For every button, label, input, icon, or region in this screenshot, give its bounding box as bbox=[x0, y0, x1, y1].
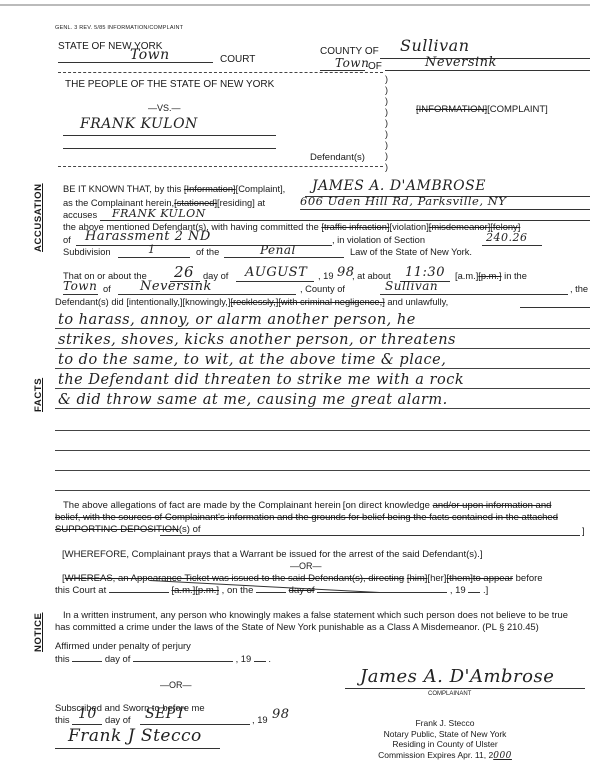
accuses-label: accuses bbox=[63, 210, 97, 220]
on-the-label: , on the bbox=[222, 585, 254, 596]
sworn-day-line bbox=[72, 724, 102, 725]
opt-misdemeanor[interactable]: misdemeanor bbox=[429, 222, 491, 232]
caption-bracket: ) bbox=[385, 140, 388, 150]
or-label: —OR— bbox=[160, 680, 192, 690]
expiry-prefix: Commission Expires Apr. 11, 2 bbox=[378, 750, 493, 760]
line1-prefix: BE IT KNOWN THAT, by this bbox=[63, 184, 181, 194]
of-label: of bbox=[103, 284, 111, 294]
municipality-handwritten: Town bbox=[63, 279, 97, 293]
narrative-line bbox=[55, 408, 590, 409]
town-name-handwritten: Neversink bbox=[425, 55, 497, 70]
day-of-label: day of bbox=[105, 653, 131, 664]
defendant-did-label: Defendant(s) did bbox=[55, 297, 124, 307]
sworn-month-line bbox=[140, 724, 250, 725]
subdivision-label: Subdivision bbox=[63, 247, 111, 257]
caption-bracket: ) bbox=[385, 85, 388, 95]
sworn-day-handwritten: 10 bbox=[78, 706, 97, 722]
notary-name: Frank J. Stecco bbox=[345, 718, 545, 729]
year-prefix: , 19 bbox=[450, 585, 466, 596]
appear-text: to appear bbox=[473, 573, 513, 584]
allegations-line-3: SUPPORTING DEPOSITION(s) of bbox=[55, 524, 201, 535]
subdivision-line bbox=[118, 257, 190, 258]
facts-line-3: Defendant(s) did intentionally,knowingly… bbox=[55, 297, 448, 307]
caption-bracket: ) bbox=[385, 107, 388, 117]
affirmed-label: Affirmed under penalty of perjury bbox=[55, 640, 191, 651]
accusation-section-label: ACCUSATION bbox=[33, 183, 44, 252]
opt-violation[interactable]: violation bbox=[389, 222, 428, 232]
law-handwritten: Penal bbox=[260, 243, 296, 257]
opt-residing[interactable]: residing bbox=[217, 198, 255, 208]
notice-line-1: In a written instrument, any person who … bbox=[63, 609, 568, 620]
the-label: , the bbox=[570, 284, 588, 294]
sworn-year-prefix: , 19 bbox=[252, 714, 268, 725]
accused-line bbox=[100, 220, 590, 221]
narrative-line bbox=[55, 328, 590, 329]
opt-them[interactable]: them bbox=[446, 573, 472, 584]
opt-knowingly[interactable]: knowingly, bbox=[183, 297, 231, 307]
narrative-text: the Defendant did threaten to strike me … bbox=[58, 372, 464, 388]
notary-residence: Residing in County of Ulster bbox=[345, 739, 545, 750]
in-the-label: in the bbox=[504, 271, 527, 281]
sworn-month-handwritten: SEPT bbox=[145, 706, 186, 722]
deposition-line bbox=[160, 535, 580, 536]
accused-handwritten: FRANK KULON bbox=[112, 207, 206, 220]
month-line bbox=[236, 281, 314, 282]
place-handwritten: Neversink bbox=[140, 279, 212, 294]
vs-label: —VS.— bbox=[148, 103, 181, 113]
opt-am[interactable]: a.m. bbox=[455, 271, 478, 281]
appear-suffix: before bbox=[516, 573, 543, 584]
people-label: THE PEOPLE OF THE STATE OF NEW YORK bbox=[65, 79, 274, 90]
allegations-line-2: belief, with the sources of Complainant'… bbox=[55, 512, 558, 523]
info-belief-option[interactable]: and/or upon information and bbox=[433, 500, 552, 511]
opt-pm[interactable]: p.m. bbox=[478, 271, 501, 281]
opt-pm-appear[interactable]: p.m. bbox=[195, 585, 219, 596]
opt-complaint[interactable]: Complaint bbox=[236, 184, 283, 194]
month-handwritten: AUGUST bbox=[245, 265, 307, 280]
opt-intentionally[interactable]: intentionally, bbox=[126, 297, 182, 307]
place-line bbox=[118, 294, 296, 295]
opt-negligence[interactable]: with criminal negligence, bbox=[278, 297, 384, 307]
complainant-handwritten: JAMES A. D'AMBROSE bbox=[312, 178, 486, 194]
caption-bracket: ) bbox=[385, 129, 388, 139]
opt-information[interactable]: Information bbox=[184, 184, 236, 194]
narrative-text: to harass, annoy, or alarm another perso… bbox=[58, 312, 416, 328]
page-top-edge bbox=[0, 4, 590, 6]
county-label: , County of bbox=[300, 284, 345, 294]
notary-stamp: Frank J. Stecco Notary Public, State of … bbox=[345, 718, 545, 761]
direct-knowledge-option[interactable]: on direct knowledge bbox=[345, 500, 430, 511]
defendant-label: Defendant(s) bbox=[310, 152, 365, 163]
notary-signature: Frank J Stecco bbox=[68, 726, 202, 746]
caption-bracket: ) bbox=[385, 118, 388, 128]
supporting-deposition: SUPPORTING DEPOSITION bbox=[55, 524, 179, 535]
court-label: COURT bbox=[220, 54, 255, 65]
facts-section-label: FACTS bbox=[33, 378, 44, 412]
year-prefix: , 19 bbox=[236, 653, 252, 664]
caption-bracket: ) bbox=[385, 162, 388, 172]
complainant-label: COMPLAINANT bbox=[428, 691, 471, 697]
whereas-line: [WHEREAS, an Appearance Ticket was issue… bbox=[62, 573, 543, 584]
accusation-line-1: BE IT KNOWN THAT, by this InformationCom… bbox=[63, 184, 285, 194]
notice-section-label: NOTICE bbox=[33, 613, 44, 653]
caption-bottom-dash bbox=[58, 166, 383, 167]
narrative-line bbox=[55, 490, 590, 491]
opt-him[interactable]: him bbox=[407, 573, 428, 584]
allegations-line-1: The above allegations of fact are made b… bbox=[63, 500, 551, 511]
caption-bracket: ) bbox=[385, 74, 388, 84]
town-line bbox=[320, 70, 365, 71]
notary-title: Notary Public, State of New York bbox=[345, 729, 545, 740]
of-label: of bbox=[63, 235, 71, 245]
deposition-suffix: (s) of bbox=[179, 524, 201, 535]
narrative-line bbox=[55, 388, 590, 389]
defendant-line-2 bbox=[63, 148, 276, 149]
section-handwritten: 240.26 bbox=[486, 231, 528, 244]
town-handwritten: Town bbox=[335, 56, 369, 70]
at-label: at bbox=[257, 198, 265, 208]
address-handwritten: 606 Uden Hill Rd, Parksville, NY bbox=[300, 194, 506, 208]
of-label: OF bbox=[368, 61, 382, 72]
caption-bracket: ) bbox=[385, 151, 388, 161]
form-code: GENL. 3 REV. 5/85 INFORMATION/COMPLAINT bbox=[55, 25, 183, 31]
doc-type-information[interactable]: INFORMATION bbox=[416, 104, 487, 115]
unlawfully-line bbox=[520, 307, 590, 308]
opt-recklessly[interactable]: recklessly, bbox=[230, 297, 278, 307]
court-handwritten: Town bbox=[130, 47, 170, 63]
notice-line-2: has committed a crime under the laws of … bbox=[55, 621, 539, 632]
opt-am-appear[interactable]: a.m. bbox=[172, 585, 196, 596]
law-line bbox=[224, 257, 344, 258]
doc-type-selector: INFORMATIONCOMPLAINT bbox=[416, 104, 548, 115]
defendant-line-1 bbox=[63, 135, 276, 136]
narrative-text: strikes, shoves, kicks another person, o… bbox=[58, 332, 456, 348]
of-the-label: of the bbox=[196, 247, 219, 257]
narrative-text: & did throw same at me, causing me great… bbox=[58, 392, 448, 408]
whereas-text: WHEREAS, an Appearance Ticket was issued… bbox=[65, 573, 405, 584]
law-suffix: Law of the State of New York. bbox=[350, 247, 472, 257]
ampm-selector: a.m.p.m. in the bbox=[455, 271, 527, 281]
wherefore-option[interactable]: [WHEREFORE, Complainant prays that a War… bbox=[62, 549, 482, 560]
defendant-handwritten: FRANK KULON bbox=[80, 116, 198, 132]
narrative-line bbox=[55, 470, 590, 471]
section-line bbox=[482, 245, 542, 246]
bracket-close: ] bbox=[582, 526, 585, 537]
offense-handwritten: Harassment 2 ND bbox=[85, 229, 211, 244]
sworn-year-handwritten: 98 bbox=[272, 707, 290, 722]
caption-top-dash bbox=[58, 72, 383, 73]
allegations-prefix: The above allegations of fact are made b… bbox=[63, 500, 341, 511]
county-line bbox=[380, 294, 568, 295]
this-court-label: this Court at bbox=[55, 585, 106, 596]
municipality-line bbox=[63, 294, 98, 295]
notary-expiry: Commission Expires Apr. 11, 2000 bbox=[345, 750, 545, 762]
complainant-signature: James A. D'Ambrose bbox=[360, 666, 554, 687]
or-label: —OR— bbox=[290, 561, 322, 571]
affirmed-date-line: this day of , 19 . bbox=[55, 653, 271, 664]
opt-her[interactable]: her bbox=[427, 573, 446, 584]
doc-type-complaint[interactable]: COMPLAINT bbox=[487, 104, 548, 115]
caption-bracket: ) bbox=[385, 96, 388, 106]
wherefore-text: WHEREFORE, Complainant prays that a Warr… bbox=[65, 549, 480, 560]
narrative-line bbox=[55, 430, 590, 431]
narrative-line bbox=[55, 450, 590, 451]
narrative-text: to do the same, to wit, at the above tim… bbox=[58, 352, 446, 368]
this-label: this bbox=[55, 653, 70, 664]
narrative-line bbox=[55, 348, 590, 349]
unlawfully-label: and unlawfully, bbox=[387, 297, 448, 307]
address-line bbox=[300, 209, 590, 210]
sworn-this-label: this bbox=[55, 714, 70, 725]
narrative-line bbox=[55, 368, 590, 369]
time-handwritten: 11:30 bbox=[405, 265, 445, 280]
expiry-handwritten: 000 bbox=[493, 751, 512, 761]
complainant-signature-line bbox=[345, 688, 585, 689]
town-name-line bbox=[385, 70, 590, 71]
notary-signature-line bbox=[55, 748, 220, 749]
subdivision-handwritten: 1 bbox=[148, 243, 156, 256]
opt-traffic[interactable]: traffic infraction bbox=[321, 222, 389, 232]
violation-label: , in violation of Section bbox=[332, 235, 425, 245]
county-handwritten: Sullivan bbox=[385, 279, 438, 293]
county-handwritten: Sullivan bbox=[400, 36, 470, 55]
sworn-day-of-label: day of bbox=[105, 714, 131, 725]
year-prefix: , 19 bbox=[318, 271, 334, 281]
